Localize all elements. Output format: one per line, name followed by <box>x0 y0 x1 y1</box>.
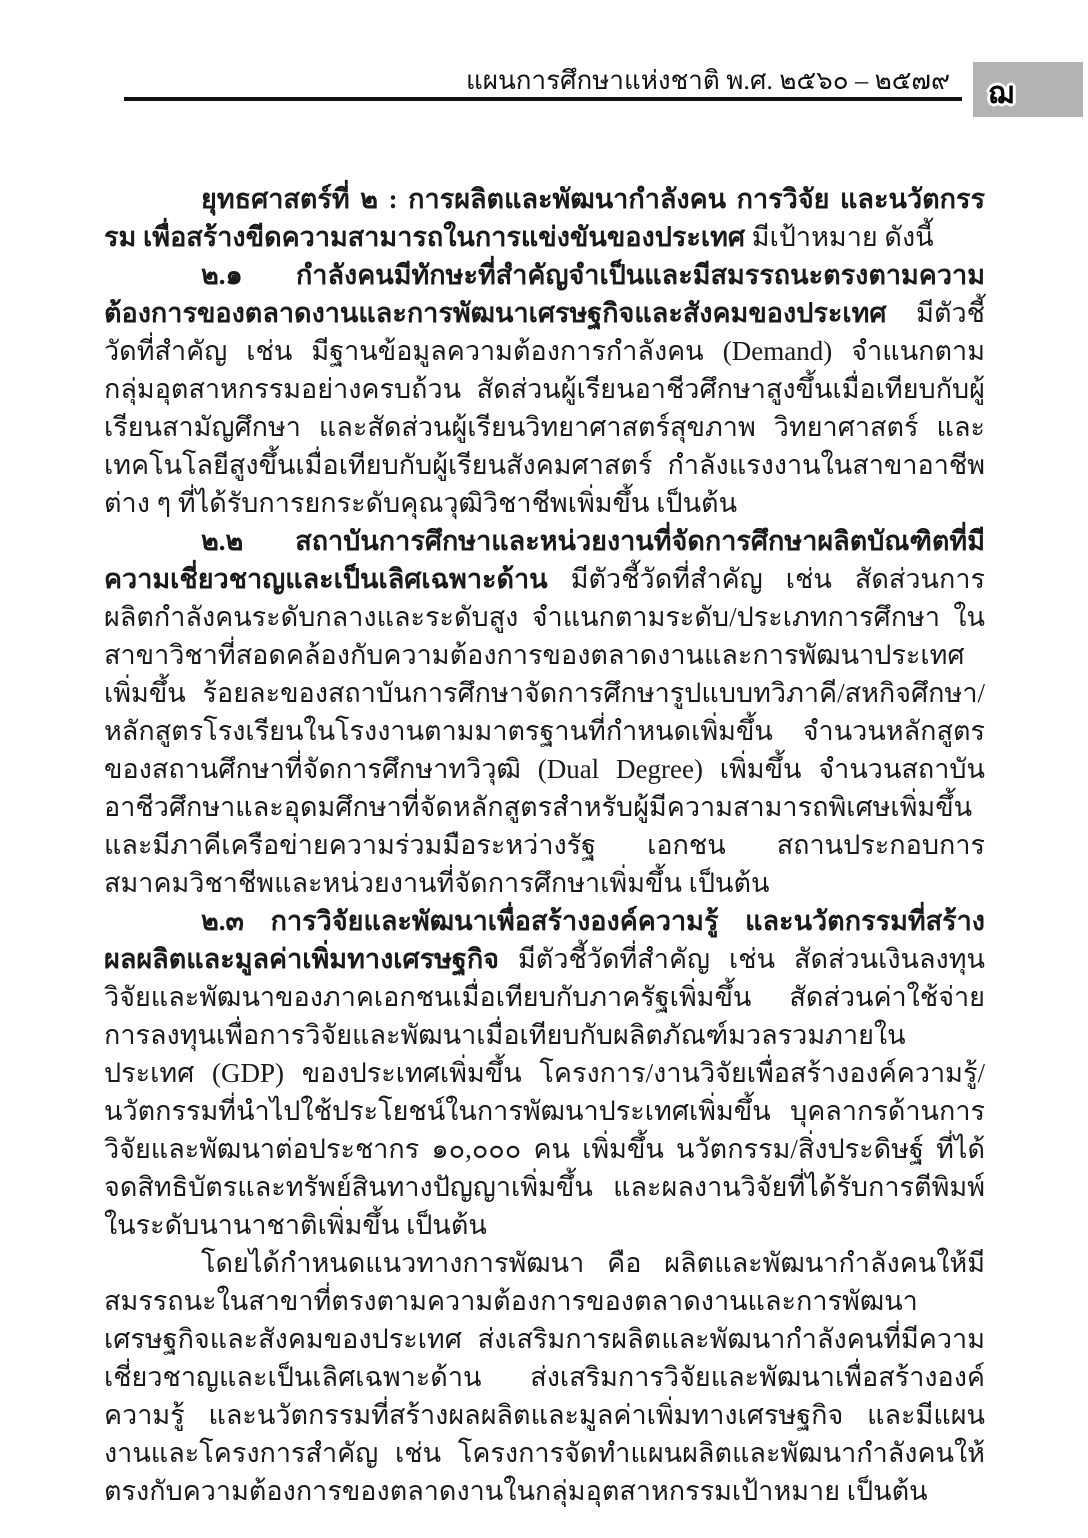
page-marker: ฌ <box>988 70 1014 117</box>
paragraph-goal-2-1-bold: ๒.๑ กำลังคนมีทักษะที่สำคัญจำเป็นและมีสมร… <box>104 260 985 328</box>
paragraph-goal-2-3: ๒.๓ การวิจัยและพัฒนาเพื่อสร้างองค์ความรู… <box>104 902 985 1244</box>
document-page: แผนการศึกษาแห่งชาติ พ.ศ. ๒๕๖๐ – ๒๕๗๙ ฌ ย… <box>0 0 1088 1538</box>
page-marker-box: ฌ <box>973 62 1083 117</box>
paragraph-development-guidelines: โดยได้กำหนดแนวทางการพัฒนา คือ ผลิตและพัฒ… <box>104 1244 985 1510</box>
paragraph-strategy-heading-regular: มีเป้าหมาย ดังนี้ <box>745 222 934 252</box>
header-rule <box>124 97 962 101</box>
paragraph-goal-2-1-regular: มีตัวชี้วัดที่สำคัญ เช่น มีฐานข้อมูลความ… <box>104 298 985 518</box>
paragraph-goal-2-2-regular: มีตัวชี้วัดที่สำคัญ เช่น สัดส่วนการผลิตก… <box>104 564 985 898</box>
paragraph-goal-2-3-regular: มีตัวชี้วัดที่สำคัญ เช่น สัดส่วนเงินลงทุ… <box>104 944 985 1240</box>
document-body: ยุทธศาสตร์ที่ ๒ : การผลิตและพัฒนากำลังคน… <box>104 180 985 1510</box>
paragraph-development-guidelines-regular: โดยได้กำหนดแนวทางการพัฒนา คือ ผลิตและพัฒ… <box>104 1248 985 1506</box>
paragraph-goal-2-2: ๒.๒ สถาบันการศึกษาและหน่วยงานที่จัดการศึ… <box>104 522 985 902</box>
paragraph-goal-2-1: ๒.๑ กำลังคนมีทักษะที่สำคัญจำเป็นและมีสมร… <box>104 256 985 522</box>
running-header-title: แผนการศึกษาแห่งชาติ พ.ศ. ๒๕๖๐ – ๒๕๗๙ <box>466 66 950 96</box>
paragraph-strategy-heading: ยุทธศาสตร์ที่ ๒ : การผลิตและพัฒนากำลังคน… <box>104 180 985 256</box>
